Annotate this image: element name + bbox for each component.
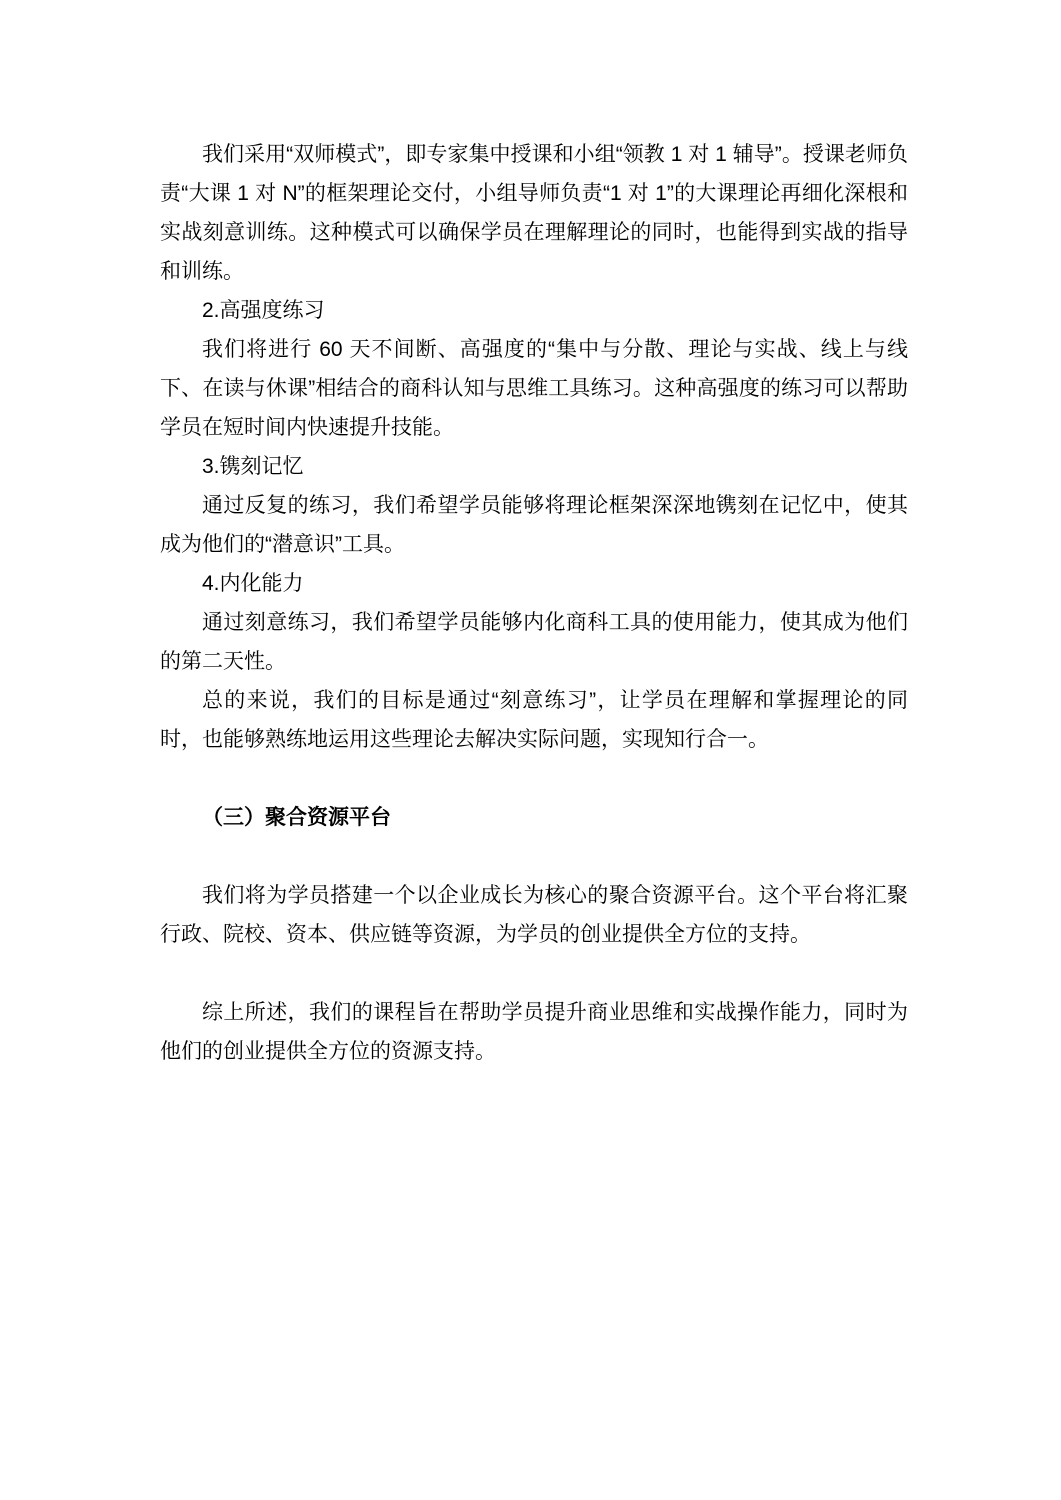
subhead-3-engraved-memory: 3.镌刻记忆 bbox=[160, 447, 908, 486]
paragraph-dual-teacher-model: 我们采用“双师模式”，即专家集中授课和小组“领教 1 对 1 辅导”。授课老师负… bbox=[160, 135, 908, 291]
subhead-2-high-intensity-practice: 2.高强度练习 bbox=[160, 291, 908, 330]
paragraph-repeated-practice: 通过反复的练习，我们希望学员能够将理论框架深深地镌刻在记忆中，使其成为他们的“潜… bbox=[160, 486, 908, 564]
section-heading-aggregated-resource-platform: （三）聚合资源平台 bbox=[160, 798, 908, 837]
subhead-4-internalized-ability: 4.内化能力 bbox=[160, 564, 908, 603]
paragraph-overall-goal: 总的来说，我们的目标是通过“刻意练习”，让学员在理解和掌握理论的同时，也能够熟练… bbox=[160, 681, 908, 759]
paragraph-summary: 综上所述，我们的课程旨在帮助学员提升商业思维和实战操作能力，同时为他们的创业提供… bbox=[160, 993, 908, 1071]
document-page: 我们采用“双师模式”，即专家集中授课和小组“领教 1 对 1 辅导”。授课老师负… bbox=[0, 0, 1061, 1500]
paragraph-resource-platform: 我们将为学员搭建一个以企业成长为核心的聚合资源平台。这个平台将汇聚行政、院校、资… bbox=[160, 876, 908, 954]
paragraph-60-day-training: 我们将进行 60 天不间断、高强度的“集中与分散、理论与实战、线上与线下、在读与… bbox=[160, 330, 908, 447]
paragraph-deliberate-practice: 通过刻意练习，我们希望学员能够内化商科工具的使用能力，使其成为他们的第二天性。 bbox=[160, 603, 908, 681]
